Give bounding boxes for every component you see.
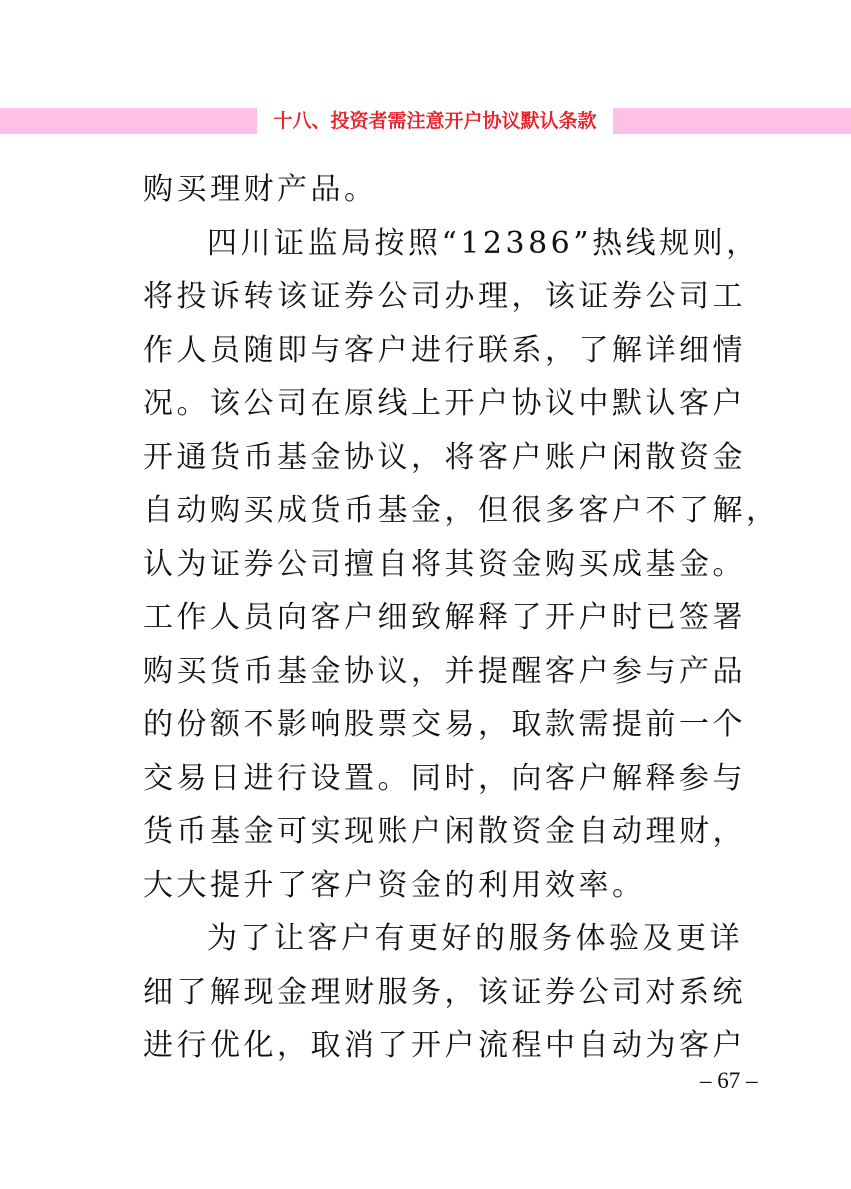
text-line: 开通货币基金协议，将客户账户闲散资金 <box>143 431 735 485</box>
header-band-left-bar <box>0 108 257 134</box>
header-band-right-bar <box>613 108 851 134</box>
text-line: 进行优化，取消了开户流程中自动为客户 <box>143 1019 735 1073</box>
text-line: 购买理财产品。 <box>143 163 735 217</box>
text-line: 作人员随即与客户进行联系，了解详细情 <box>143 324 735 378</box>
text-line: 交易日进行设置。同时，向客户解释参与 <box>143 752 735 806</box>
section-title: 十八、投资者需注意开户协议默认条款 <box>257 108 613 134</box>
text-line: 购买货币基金协议，并提醒客户参与产品 <box>143 645 735 699</box>
body-text: 购买理财产品。 四川证监局按照“12386”热线规则， 将投诉转该证券公司办理，… <box>143 163 735 1073</box>
text-line: 况。该公司在原线上开户协议中默认客户 <box>143 377 735 431</box>
text-line: 的份额不影响股票交易，取款需提前一个 <box>143 698 735 752</box>
paragraph-start-line: 为了让客户有更好的服务体验及更详 <box>143 912 735 966</box>
text-line: 将投诉转该证券公司办理，该证券公司工 <box>143 270 735 324</box>
text-line: 自动购买成货币基金，但很多客户不了解， <box>143 484 735 538</box>
page-number: – 67 – <box>700 1068 780 1094</box>
text-line: 大大提升了客户资金的利用效率。 <box>143 859 735 913</box>
text-line: 货币基金可实现账户闲散资金自动理财， <box>143 805 735 859</box>
paragraph-start-line: 四川证监局按照“12386”热线规则， <box>143 217 735 271</box>
text-line: 工作人员向客户细致解释了开户时已签署 <box>143 591 735 645</box>
text-line: 认为证券公司擅自将其资金购买成基金。 <box>143 538 735 592</box>
section-header-band: 十八、投资者需注意开户协议默认条款 <box>0 108 851 134</box>
text-line: 细了解现金理财服务，该证券公司对系统 <box>143 966 735 1020</box>
